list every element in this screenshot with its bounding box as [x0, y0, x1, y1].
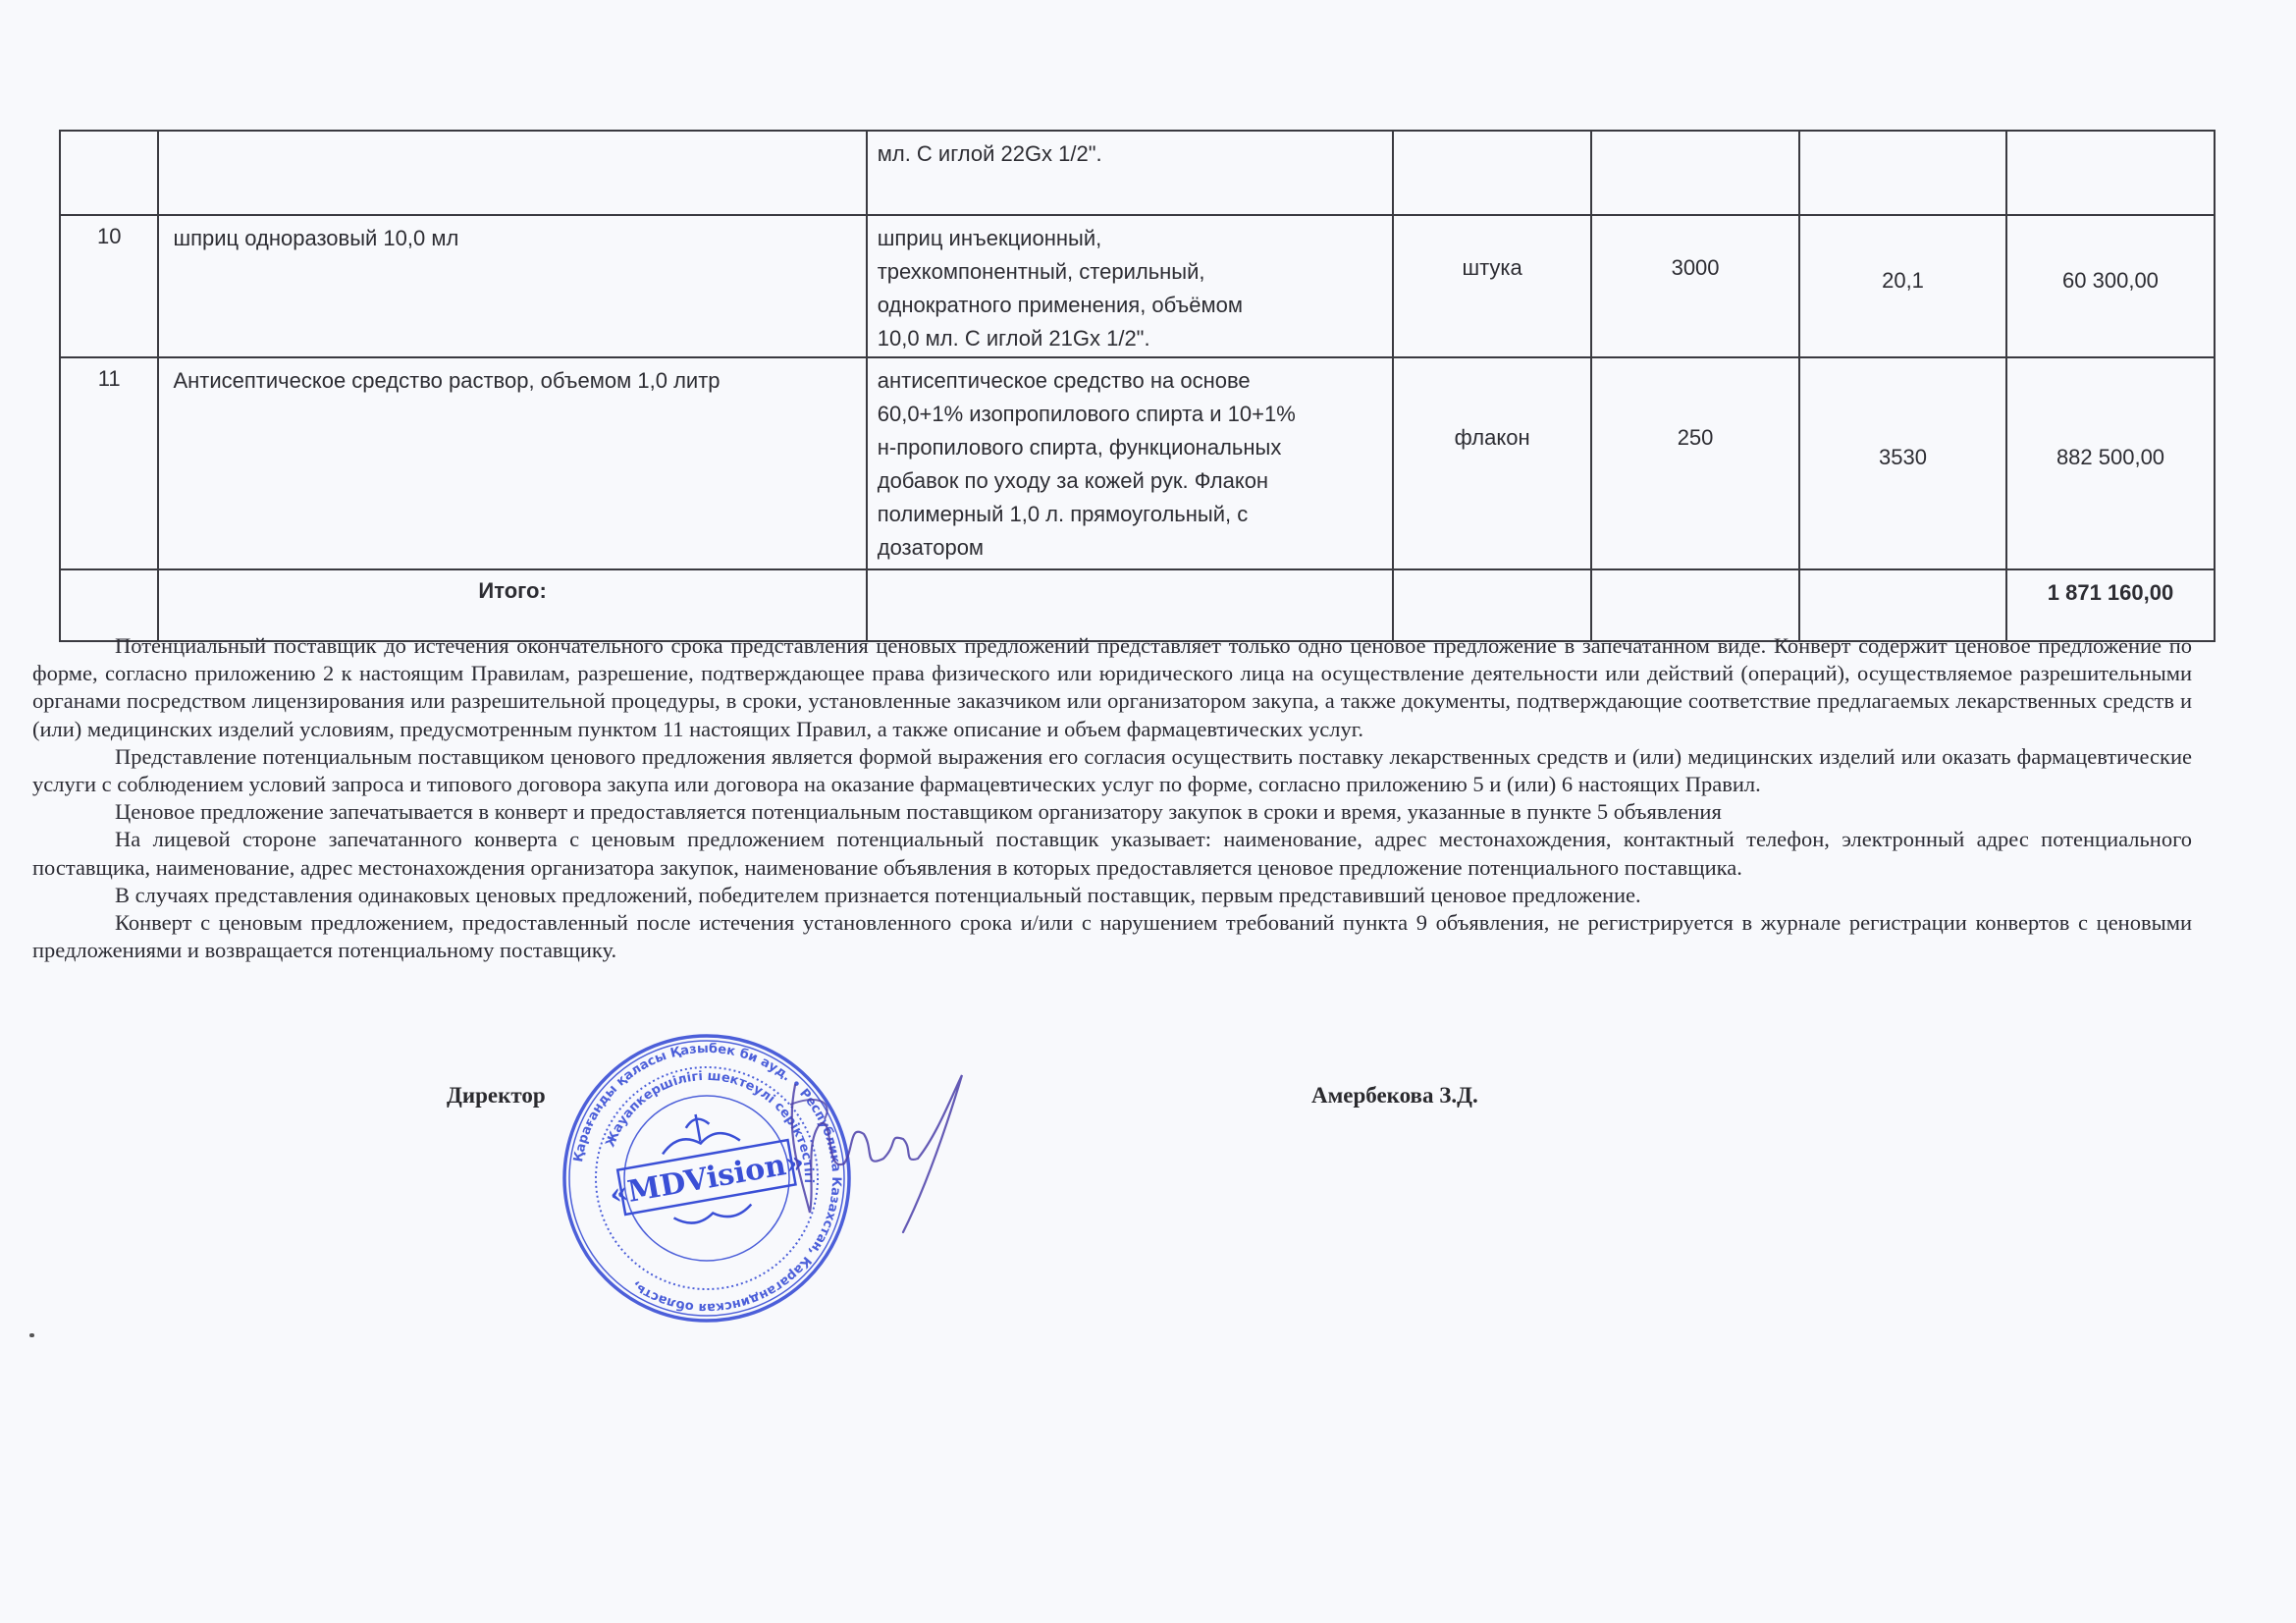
terms-text: Потенциальный поставщик до истечения око… — [32, 632, 2192, 964]
price-value: 3530 — [1800, 445, 2005, 470]
items-table: мл. С иглой 22Gx 1/2". 10 шприц одноразо… — [59, 130, 2216, 642]
quantity-value: 3000 — [1592, 255, 1798, 281]
total-sum: 1 871 160,00 — [2006, 569, 2215, 641]
paragraph: Ценовое предложение запечатывается в кон… — [32, 798, 2192, 826]
description-line: шприц инъекционный, — [878, 222, 1382, 255]
paragraph: Представление потенциальным поставщиком … — [32, 743, 2192, 798]
total-empty-cell — [1591, 569, 1799, 641]
item-unit: флакон — [1393, 357, 1591, 569]
description-line: н-пропилового спирта, функциональных — [878, 431, 1382, 464]
total-empty-cell — [867, 569, 1393, 641]
document-page: мл. С иглой 22Gx 1/2". 10 шприц одноразо… — [0, 0, 2296, 1623]
description-line: антисептическое средство на основе — [878, 364, 1382, 398]
total-empty-cell — [1799, 569, 2006, 641]
row-number — [60, 131, 158, 215]
description-line: дозатором — [878, 531, 1382, 565]
total-empty-cell — [60, 569, 158, 641]
item-sum: 60 300,00 — [2006, 215, 2215, 357]
table-row: 11 Антисептическое средство раствор, объ… — [60, 357, 2215, 569]
total-empty-cell — [1393, 569, 1591, 641]
row-number: 10 — [60, 215, 158, 357]
item-name: Антисептическое средство раствор, объемо… — [158, 357, 866, 569]
item-unit — [1393, 131, 1591, 215]
item-price: 3530 — [1799, 357, 2006, 569]
item-price — [1799, 131, 2006, 215]
unit-value: флакон — [1394, 425, 1590, 451]
item-quantity: 3000 — [1591, 215, 1799, 357]
description-line: однократного применения, объёмом — [878, 289, 1382, 322]
table-row: 10 шприц одноразовый 10,0 мл шприц инъек… — [60, 215, 2215, 357]
item-description: мл. С иглой 22Gx 1/2". — [867, 131, 1393, 215]
description-line: добавок по уходу за кожей рук. Флакон — [878, 464, 1382, 498]
table-row: мл. С иглой 22Gx 1/2". — [60, 131, 2215, 215]
item-description: антисептическое средство на основе 60,0+… — [867, 357, 1393, 569]
paragraph: Конверт с ценовым предложением, предоста… — [32, 909, 2192, 964]
quantity-value: 250 — [1592, 425, 1798, 451]
row-number: 11 — [60, 357, 158, 569]
item-quantity — [1591, 131, 1799, 215]
paragraph: На лицевой стороне запечатанного конверт… — [32, 826, 2192, 881]
item-description: шприц инъекционный, трехкомпонентный, ст… — [867, 215, 1393, 357]
item-name — [158, 131, 866, 215]
paragraph: Потенциальный поставщик до истечения око… — [32, 632, 2192, 743]
item-unit: штука — [1393, 215, 1591, 357]
sum-value: 882 500,00 — [2007, 445, 2214, 470]
item-quantity: 250 — [1591, 357, 1799, 569]
signature-icon — [766, 1065, 982, 1242]
item-sum — [2006, 131, 2215, 215]
total-label: Итого: — [158, 569, 866, 641]
description-line: 10,0 мл. С иглой 21Gx 1/2". — [878, 322, 1382, 355]
total-row: Итого: 1 871 160,00 — [60, 569, 2215, 641]
signatory-role: Директор — [447, 1083, 546, 1109]
item-name: шприц одноразовый 10,0 мл — [158, 215, 866, 357]
description-line: трехкомпонентный, стерильный, — [878, 255, 1382, 289]
signatory-name: Амербекова З.Д. — [1311, 1083, 1478, 1109]
description-line: 60,0+1% изопропилового спирта и 10+1% — [878, 398, 1382, 431]
unit-value: штука — [1394, 255, 1590, 281]
scan-speck — [29, 1333, 34, 1337]
description-line: полимерный 1,0 л. прямоугольный, с — [878, 498, 1382, 531]
item-price: 20,1 — [1799, 215, 2006, 357]
item-sum: 882 500,00 — [2006, 357, 2215, 569]
paragraph: В случаях представления одинаковых ценов… — [32, 882, 2192, 909]
sum-value: 60 300,00 — [2007, 268, 2214, 294]
price-value: 20,1 — [1800, 268, 2005, 294]
